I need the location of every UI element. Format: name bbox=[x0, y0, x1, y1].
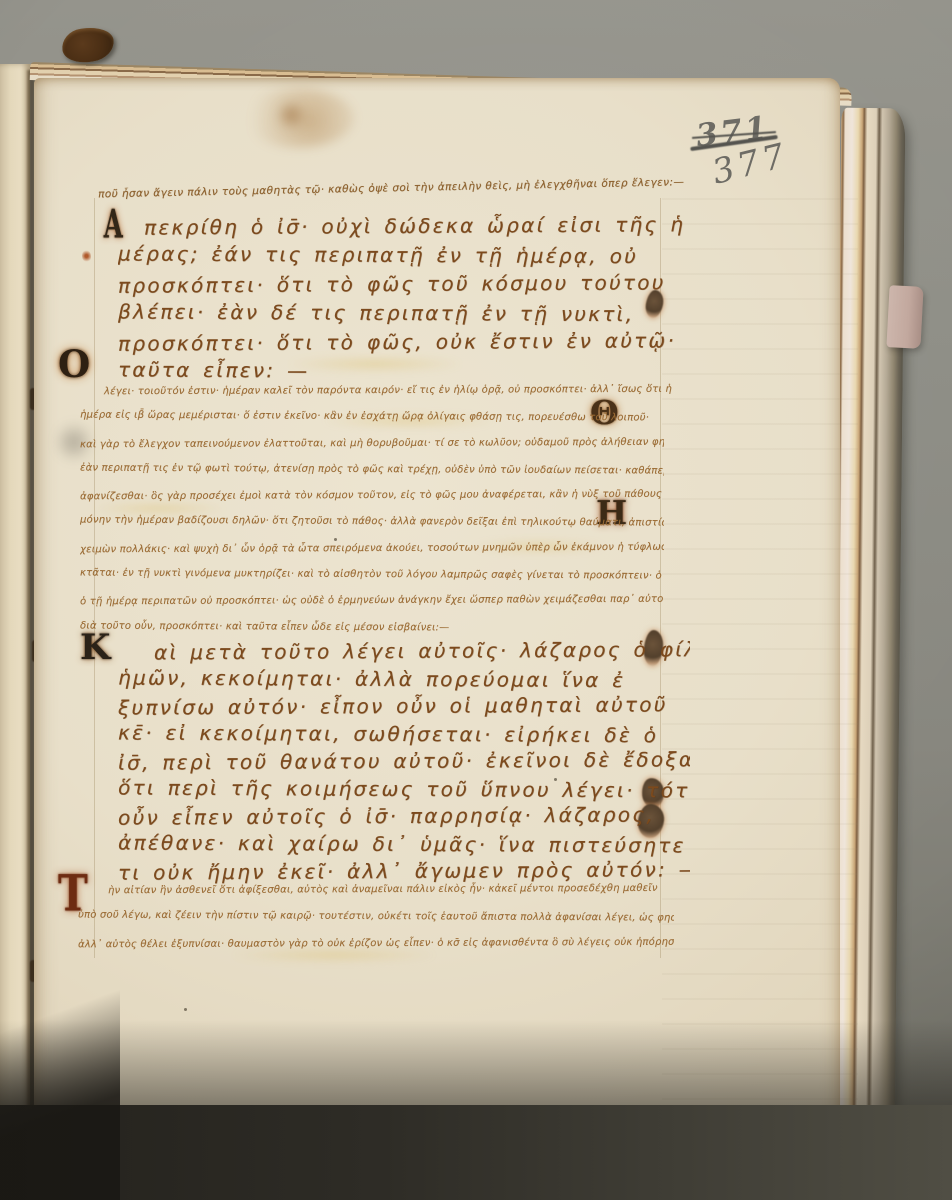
stain bbox=[276, 102, 306, 128]
gospel-line: κε̄· εἰ κεκοίμηται, σωθήσεται· εἰρήκει δ… bbox=[118, 719, 690, 749]
headline-rubric: ποῦ ἦσαν ἄγειν πάλιν τοὺς μαθητὰς τῷ· κα… bbox=[98, 176, 710, 201]
commentary-line: ὴν αἰτίαν ἣν ἀσθενεῖ ὅτι ἀφίξεσθαι, αὐτὸ… bbox=[78, 876, 704, 904]
gospel-line: βλέπει· ἐὰν δέ τις περιπατῇ ἐν τῇ νυκτὶ, bbox=[118, 298, 686, 330]
commentary-line: ἡμέρα εἰς ιβ̄ ὥρας μεμέρισται· ὅ ἐστιν ἐ… bbox=[80, 403, 664, 432]
commentary-line: ὁ τῇ ἡμέρᾳ περιπατῶν οὐ προσκόπτει· ὡς ο… bbox=[80, 587, 664, 616]
gospel-text-block-1: πεκρίθη ὁ ἰσ̄· οὐχὶ δώδεκα ὧραί εἰσι τῆς… bbox=[118, 212, 686, 386]
gospel-line: ξυπνίσω αὐτόν· εἶπον οὖν οἱ μαθηταὶ αὐτο… bbox=[118, 691, 690, 722]
gospel-line: πεκρίθη ὁ ἰσ̄· οὐχὶ δώδεκα ὧραί εἰσι τῆς… bbox=[118, 212, 686, 243]
page-marker-tab bbox=[886, 285, 923, 349]
commentary-line: ὑπὸ σοῦ λέγω, καὶ ζέειν τὴν πίστιν τῷ κα… bbox=[78, 901, 674, 931]
gospel-line: ὅτι περὶ τῆς κοιμήσεως τοῦ ὕπνου λέγει· … bbox=[118, 774, 690, 804]
commentary-line: ἀφανίζεσθαι· ὃς γὰρ προσέχει ἐμοὶ κατὰ τ… bbox=[80, 482, 664, 511]
gospel-text-block-2: αὶ μετὰ τοῦτο λέγει αὐτοῖς· λάζαρος ὁ φί… bbox=[118, 638, 690, 886]
commentary-line: διὰ τοῦτο οὖν, προσκόπτει· καὶ ταῦτα εἶπ… bbox=[80, 613, 664, 641]
corner-shadow bbox=[0, 980, 120, 1200]
gospel-line: ἀπέθανε· καὶ χαίρω δι᾽ ὑμᾶς· ἵνα πιστεύσ… bbox=[118, 829, 690, 859]
commentary-line: μόνην τὴν ἡμέραν βαδίζουσι δηλῶν· ὅτι ζη… bbox=[80, 508, 664, 537]
gospel-line: προσκόπτει· ὅτι τὸ φῶς τοῦ κόσμου τούτου bbox=[118, 268, 686, 300]
margin-red-mark bbox=[82, 250, 91, 262]
commentary-line: κτᾶται· ἐν τῇ νυκτὶ γινόμενα μυκτηρίζει·… bbox=[80, 561, 664, 590]
commentary-line: χειμὼν πολλάκις· καὶ ψυχὴ δι᾽ ὧν ὁρᾷ τὰ … bbox=[80, 535, 664, 564]
gospel-line: ἡμῶν, κεκοίμηται· ἀλλὰ πορεύομαι ἵνα ἐ bbox=[118, 664, 690, 694]
commentary-line: λέγει· τοιοῦτόν ἐστιν· ἡμέραν καλεῖ τὸν … bbox=[80, 378, 688, 406]
gospel-line: προσκόπτει· ὅτι τὸ φῶς, οὐκ ἔστιν ἐν αὐτ… bbox=[118, 326, 686, 358]
table-surface-dark bbox=[0, 1105, 952, 1200]
initial-kappa: Κ bbox=[80, 630, 110, 665]
gospel-line: ἰσ̄, περὶ τοῦ θανάτου αὐτοῦ· ἐκεῖνοι δὲ … bbox=[118, 746, 690, 777]
commentary-line: καὶ γὰρ τὸ ἔλεγχον ταπεινούμενον ἐλαττοῦ… bbox=[80, 429, 664, 458]
commentary-line: ἐὰν περιπατῇ τις ἐν τῷ φωτὶ τούτῳ, ἀτενί… bbox=[80, 455, 664, 484]
facing-page-edge bbox=[0, 64, 30, 1140]
gospel-line: μέρας; ἐάν τις περιπατῇ ἐν τῇ ἡμέρᾳ, οὐ bbox=[118, 240, 686, 272]
gospel-line: αὶ μετὰ τοῦτο λέγει αὐτοῖς· λάζαρος ὁ φί… bbox=[118, 638, 690, 667]
speck bbox=[184, 1008, 187, 1011]
gospel-line: οὖν εἶπεν αὐτοῖς ὁ ἰσ̄· παρρησίᾳ· λάζαρο… bbox=[118, 801, 690, 832]
manuscript-photo: 371 377 ποῦ ἦσαν ἄγειν πάλιν τοὺς μαθητὰ… bbox=[0, 0, 952, 1200]
commentary-line: ἀλλ᾽ αὐτὸς θέλει ἐξυπνίσαι· θαυμαστὸν γὰ… bbox=[78, 929, 674, 957]
commentary-block-1: λέγει· τοιοῦτόν ἐστιν· ἡμέραν καλεῖ τὸν … bbox=[80, 378, 688, 641]
parchment-page: 371 377 ποῦ ἦσαν ἄγειν πάλιν τοὺς μαθητὰ… bbox=[34, 78, 840, 1144]
commentary-block-2: ὴν αἰτίαν ἣν ἀσθενεῖ ὅτι ἀφίξεσθαι, αὐτὸ… bbox=[78, 876, 704, 957]
